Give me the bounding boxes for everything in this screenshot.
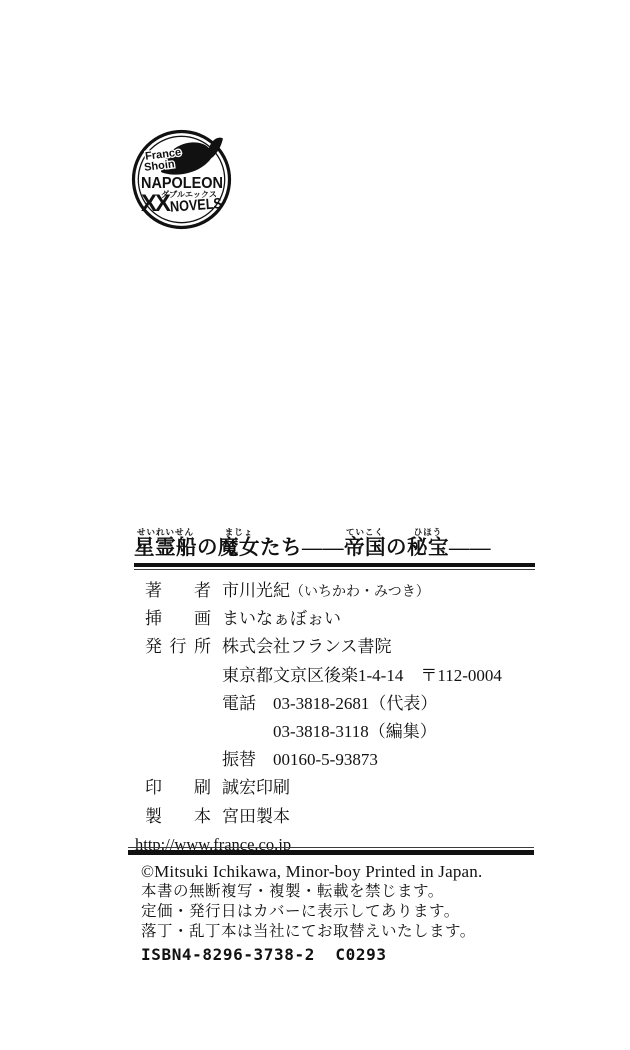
colophon-value: 東京都文京区後楽1-4-14 〒112-0004 [222, 666, 502, 685]
colophon-value: 電話 03-3818-2681（代表） [222, 694, 437, 713]
notice-price-on-cover: 定価・発行日はカバーに表示してあります。 [141, 902, 482, 922]
colophon-row-publisher: 発行所株式会社フランス書院 [145, 633, 502, 661]
colophon-row-phone-editorial: 03-3818-3118（編集） [145, 718, 502, 746]
imprint-xx-text: XX [141, 190, 171, 217]
colophon-label: 発行所 [145, 633, 211, 661]
copyright-line: ©Mitsuki Ichikawa, Minor-boy Printed in … [141, 861, 482, 882]
colophon-label: 挿 画 [145, 605, 211, 633]
colophon-value: 宮田製本 [222, 807, 290, 826]
colophon-row-printer: 印 刷誠宏印刷 [145, 774, 502, 802]
notice-defective-copies: 落丁・乱丁本は当社にてお取替えいたします。 [141, 922, 482, 942]
colophon-page: France Shoin NAPOLEON ダブルエックス XX NOVELS … [0, 0, 630, 1050]
colophon-row-postal-transfer: 振替 00160-5-93873 [145, 746, 502, 774]
title-block: 星霊船せいれいせんの魔女まじょたち――帝国ていこくの秘宝ひほう―― [134, 527, 535, 570]
author-reading: （いちかわ・みつき） [290, 585, 430, 600]
title-rule [134, 563, 535, 570]
colophon-value: 市川光紀 [222, 581, 290, 600]
isbn-code: ISBN4-8296-3738-2 C0293 [141, 945, 482, 964]
colophon-label: 著 者 [145, 577, 211, 605]
footer-block: ©Mitsuki Ichikawa, Minor-boy Printed in … [141, 861, 482, 964]
colophon-value: 振替 00160-5-93873 [222, 750, 378, 769]
book-title: 星霊船せいれいせんの魔女まじょたち――帝国ていこくの秘宝ひほう―― [134, 527, 535, 560]
colophon-row-illustrator: 挿 画まいなぁぼぉい [145, 605, 502, 633]
footer-rule-thin-line [128, 847, 534, 848]
imprint-novels-text: NOVELS [169, 195, 222, 216]
title-rule-thin-line [134, 569, 535, 570]
colophon-row-binder: 製 本宮田製本 [145, 803, 502, 831]
colophon-label: 印 刷 [145, 774, 211, 802]
colophon-value: 03-3818-3118（編集） [222, 722, 437, 741]
colophon-value: 誠宏印刷 [222, 778, 290, 797]
colophon-table: 著 者市川光紀（いちかわ・みつき） 挿 画まいなぁぼぉい 発行所株式会社フランス… [145, 577, 502, 856]
footer-rule [128, 847, 534, 855]
colophon-row-phone-main: 電話 03-3818-2681（代表） [145, 690, 502, 718]
footer-rule-thick-line [128, 850, 534, 855]
colophon-value: 株式会社フランス書院 [222, 637, 392, 656]
title-rule-thick-line [134, 563, 535, 568]
publisher-logo: France Shoin NAPOLEON ダブルエックス XX NOVELS [129, 126, 234, 233]
colophon-value: まいなぁぼぉい [222, 609, 341, 628]
colophon-row-address: 東京都文京区後楽1-4-14 〒112-0004 [145, 662, 502, 690]
colophon-row-author: 著 者市川光紀（いちかわ・みつき） [145, 577, 502, 605]
notice-no-reproduction: 本書の無断複写・複製・転載を禁じます。 [141, 882, 482, 902]
colophon-label: 製 本 [145, 803, 211, 831]
